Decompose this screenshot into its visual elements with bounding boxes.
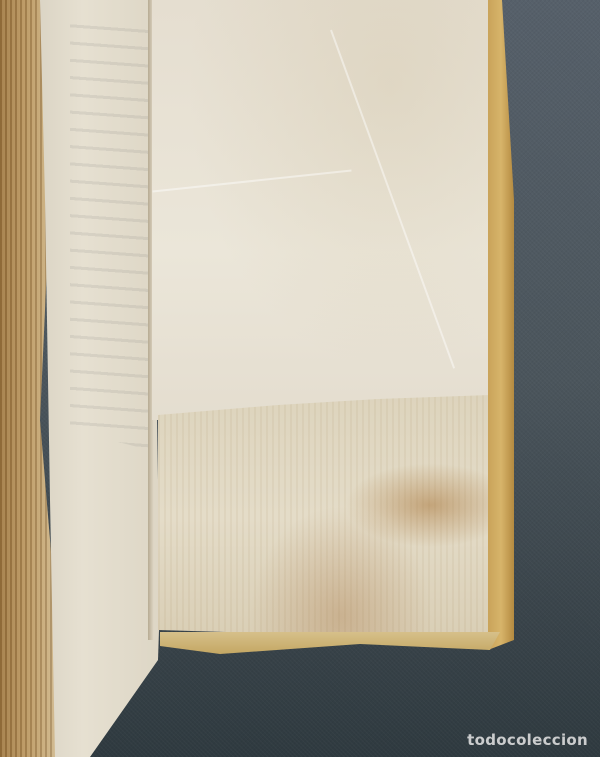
book-photograph: todocoleccion (0, 0, 600, 757)
damaged-paper-section (158, 395, 490, 640)
watermark-text: todocoleccion (467, 731, 588, 749)
flyleaf-page (152, 0, 492, 420)
bleed-through-text (70, 10, 150, 450)
